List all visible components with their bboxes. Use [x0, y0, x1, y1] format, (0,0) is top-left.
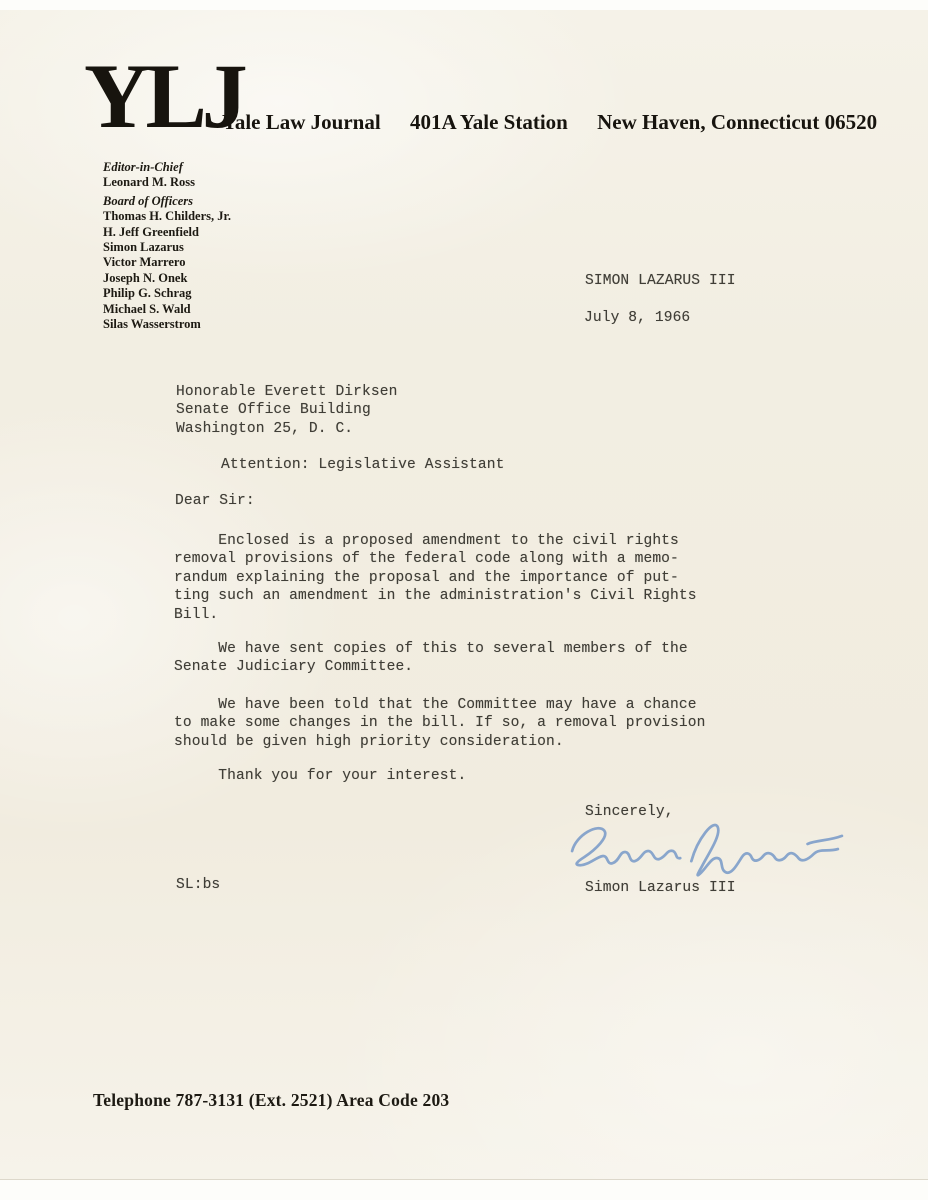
editor-in-chief-label: Editor-in-Chief [103, 160, 231, 175]
telephone-footer: Telephone 787-3131 (Ext. 2521) Area Code… [93, 1090, 449, 1111]
city-address: New Haven, Connecticut 06520 [597, 110, 877, 134]
signature-name-typed: Simon Lazarus III [585, 879, 736, 897]
typist-initials: SL:bs [176, 876, 220, 894]
body-paragraph-1: Enclosed is a proposed amendment to the … [174, 532, 697, 624]
recipient-address: Honorable Everett Dirksen Senate Office … [176, 383, 397, 438]
board-member: H. Jeff Greenfield [103, 225, 231, 240]
handwritten-signature-image [562, 814, 850, 878]
thanks-line: Thank you for your interest. [174, 767, 466, 785]
station-address: 401A Yale Station [410, 110, 568, 134]
board-of-officers-label: Board of Officers [103, 194, 231, 209]
officers-list: Editor-in-Chief Leonard M. Ross Board of… [103, 160, 231, 332]
journal-name: Yale Law Journal [222, 110, 381, 134]
sender-name-typed: SIMON LAZARUS III [585, 272, 736, 290]
body-paragraph-3: We have been told that the Committee may… [174, 696, 705, 751]
board-member: Thomas H. Childers, Jr. [103, 209, 231, 224]
board-member: Michael S. Wald [103, 302, 231, 317]
board-member: Victor Marrero [103, 255, 231, 270]
board-member: Joseph N. Onek [103, 271, 231, 286]
body-paragraph-2: We have sent copies of this to several m… [174, 640, 688, 677]
letterhead-tagline: Yale Law Journal 401A Yale Station New H… [222, 110, 877, 135]
salutation: Dear Sir: [175, 492, 255, 510]
board-member: Simon Lazarus [103, 240, 231, 255]
board-member: Philip G. Schrag [103, 286, 231, 301]
scanned-letter-page: YLJ Yale Law Journal 401A Yale Station N… [0, 0, 928, 1200]
attention-line: Attention: Legislative Assistant [221, 456, 504, 474]
letter-date: July 8, 1966 [584, 309, 690, 327]
yale-law-journal-logo: YLJ [84, 50, 243, 142]
board-member: Silas Wasserstrom [103, 317, 231, 332]
editor-name: Leonard M. Ross [103, 175, 231, 190]
